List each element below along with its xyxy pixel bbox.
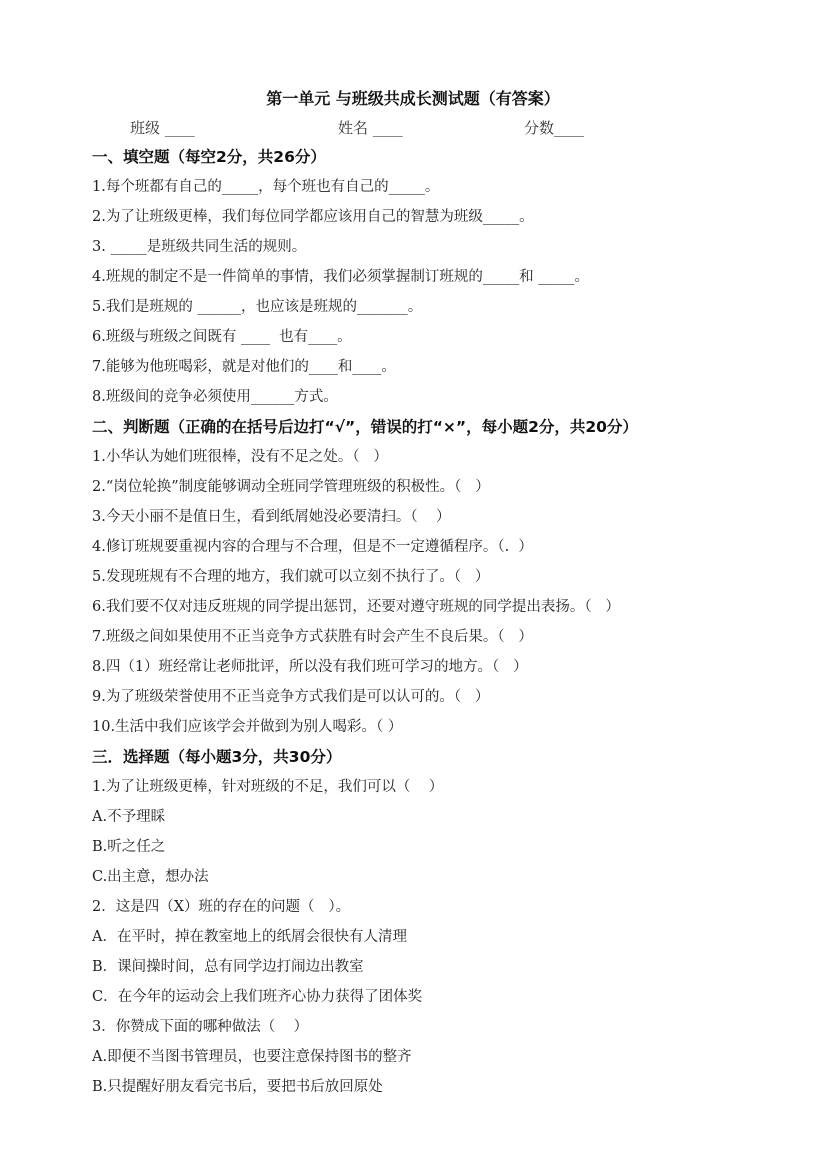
- question-item: 7.能够为他班喝彩，就是对他们的____和____。: [92, 357, 396, 377]
- option-item: B.只提醒好朋友看完书后，要把书后放回原处: [92, 1077, 383, 1097]
- section-heading-choice: 三．选择题（每小题3分，共30分）: [92, 747, 341, 767]
- question-item: 5.我们是班规的 ______，也应该是班规的_______。: [92, 297, 422, 317]
- option-item: C.出主意，想办法: [92, 867, 209, 887]
- exam-page: 第一单元 与班级共成长测试题（有答案） 班级 ____ 姓名 ____ 分数__…: [0, 0, 826, 1169]
- question-item: 6.我们要不仅对违反班规的同学提出惩罚，还要对遵守班规的同学提出表扬。（ ）: [92, 597, 620, 617]
- question-item: 4.班规的制定不是一件简单的事情，我们必须掌握制订班规的_____和 _____…: [92, 267, 589, 287]
- question-item: 5.发现班规有不合理的地方，我们就可以立刻不执行了。（ ）: [92, 567, 489, 587]
- name-field: 姓名 ____: [338, 117, 403, 138]
- option-item: B．课间操时间，总有同学边打闹边出教室: [92, 957, 364, 977]
- class-field: 班级 ____: [130, 117, 195, 138]
- section-heading-fill: 一、填空题（每空2分，共26分）: [92, 147, 326, 167]
- option-item: A．在平时，掉在教室地上的纸屑会很快有人清理: [92, 927, 407, 947]
- option-item: A.不予理睬: [92, 807, 165, 827]
- page-title: 第一单元 与班级共成长测试题（有答案）: [0, 86, 826, 109]
- question-item: 2.“岗位轮换”制度能够调动全班同学管理班级的积极性。（ ）: [92, 477, 490, 497]
- question-item: 2．这是四（X）班的存在的问题（ ）。: [92, 897, 350, 917]
- student-info-row: 班级 ____ 姓名 ____ 分数____: [0, 117, 826, 139]
- question-item: 1.每个班都有自己的_____，每个班也有自己的_____。: [92, 177, 439, 197]
- question-item: 1.小华认为她们班很棒，没有不足之处。（ ）: [92, 447, 388, 467]
- option-item: C．在今年的运动会上我们班齐心协力获得了团体奖: [92, 987, 422, 1007]
- question-item: 6.班级与班级之间既有 ____ 也有____。: [92, 327, 352, 347]
- question-item: 9.为了班级荣誉使用不正当竞争方式我们是可以认可的。（ ）: [92, 687, 489, 707]
- question-item: 3. _____是班级共同生活的规则。: [92, 237, 306, 257]
- question-item: 4.修订班规要重视内容的合理与不合理，但是不一定遵循程序。（. ）: [92, 537, 533, 557]
- question-item: 2.为了让班级更棒，我们每位同学都应该用自己的智慧为班级_____。: [92, 207, 534, 227]
- score-field: 分数____: [524, 117, 584, 138]
- section-heading-judge: 二、判断题（正确的在括号后边打“√”，错误的打“×”，每小题2分，共20分）: [92, 417, 638, 437]
- question-item: 3．你赞成下面的哪种做法（ ）: [92, 1017, 308, 1037]
- question-item: 1.为了让班级更棒，针对班级的不足，我们可以（ ）: [92, 777, 443, 797]
- option-item: B.听之任之: [92, 837, 165, 857]
- question-item: 8.班级间的竞争必须使用______方式。: [92, 387, 338, 407]
- question-item: 7.班级之间如果使用不正当竞争方式获胜有时会产生不良后果。（ ）: [92, 627, 533, 647]
- question-item: 3.今天小丽不是值日生，看到纸屑她没必要清扫。（ ）: [92, 507, 451, 527]
- question-item: 10.生活中我们应该学会并做到为别人喝彩。（ ）: [92, 717, 402, 737]
- question-item: 8.四（1）班经常让老师批评，所以没有我们班可学习的地方。（ ）: [92, 657, 528, 677]
- option-item: A.即便不当图书管理员，也要注意保持图书的整齐: [92, 1047, 412, 1067]
